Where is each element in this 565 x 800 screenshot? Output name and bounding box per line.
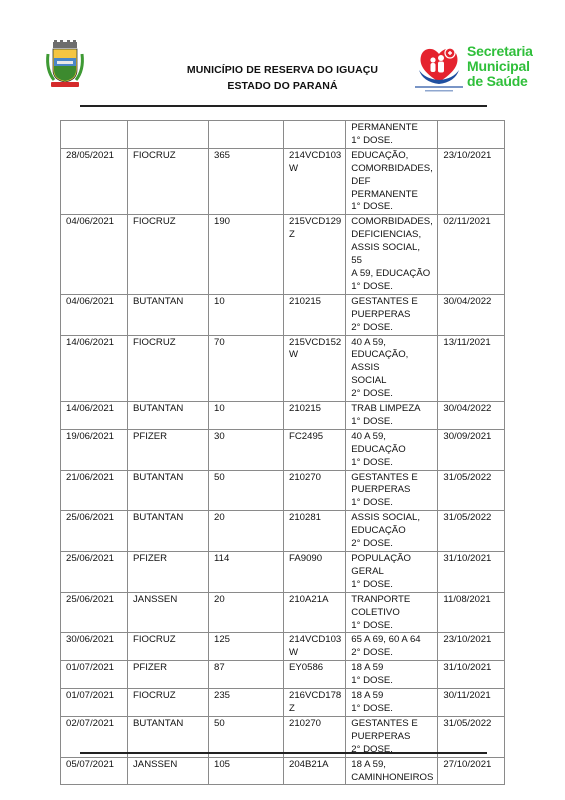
cell-expiry: 02/11/2021 (438, 215, 505, 294)
cell-expiry: 30/04/2022 (438, 402, 505, 430)
cell-expiry: 31/10/2021 (438, 661, 505, 689)
footer-divider (80, 752, 487, 754)
cell-manufacturer: FIOCRUZ (128, 633, 209, 661)
cell-doses: 20 (209, 592, 284, 633)
table-row: 14/06/2021 BUTANTAN 10 210215 TRAB LIMPE… (61, 402, 505, 430)
cell-lot: EY0586 (284, 661, 346, 689)
table-row: 05/07/2021 JANSSEN 105 204B21A 18 A 59, … (61, 757, 505, 785)
cell-date: 25/06/2021 (61, 511, 128, 552)
cell-lot: 210270 (284, 716, 346, 757)
cell-target-group: PERMANENTE 1° DOSE. (346, 121, 438, 149)
cell-target-group: 65 A 69, 60 A 64 2° DOSE. (346, 633, 438, 661)
cell-target-group: 18 A 59 1° DOSE. (346, 689, 438, 717)
cell-expiry: 23/10/2021 (438, 633, 505, 661)
cell-target-group: GESTANTES E PUERPERAS 2° DOSE. (346, 294, 438, 335)
header-divider (80, 105, 487, 107)
table-row: 04/06/2021 BUTANTAN 10 210215 GESTANTES … (61, 294, 505, 335)
cell-doses: 10 (209, 294, 284, 335)
cell-manufacturer: BUTANTAN (128, 470, 209, 511)
cell-expiry: 31/05/2022 (438, 470, 505, 511)
cell-expiry: 13/11/2021 (438, 335, 505, 402)
cell-lot: 210281 (284, 511, 346, 552)
cell-expiry: 31/05/2022 (438, 511, 505, 552)
table-row: 25/06/2021 PFIZER 114 FA9090 POPULAÇÃO G… (61, 552, 505, 593)
cell-expiry: 31/05/2022 (438, 716, 505, 757)
cell-doses: 365 (209, 148, 284, 215)
cell-date: 19/06/2021 (61, 429, 128, 470)
cell-doses: 125 (209, 633, 284, 661)
cell-target-group: TRANPORTE COLETIVO 1° DOSE. (346, 592, 438, 633)
cell-target-group: ASSIS SOCIAL, EDUCAÇÃO 2° DOSE. (346, 511, 438, 552)
cell-lot: 210270 (284, 470, 346, 511)
cell-date: 30/06/2021 (61, 633, 128, 661)
cell-manufacturer: FIOCRUZ (128, 215, 209, 294)
cell-expiry (438, 121, 505, 149)
cell-manufacturer (128, 121, 209, 149)
cell-date: 14/06/2021 (61, 335, 128, 402)
cell-date: 04/06/2021 (61, 215, 128, 294)
cell-target-group: 18 A 59 1° DOSE. (346, 661, 438, 689)
cell-date: 14/06/2021 (61, 402, 128, 430)
cell-expiry: 30/04/2022 (438, 294, 505, 335)
cell-date: 04/06/2021 (61, 294, 128, 335)
table-row: 21/06/2021 BUTANTAN 50 210270 GESTANTES … (61, 470, 505, 511)
cell-manufacturer: FIOCRUZ (128, 689, 209, 717)
table-row: PERMANENTE 1° DOSE. (61, 121, 505, 149)
table-row: 30/06/2021 FIOCRUZ 125 214VCD103 W 65 A … (61, 633, 505, 661)
cell-target-group: POPULAÇÃO GERAL 1° DOSE. (346, 552, 438, 593)
table-row: 25/06/2021 BUTANTAN 20 210281 ASSIS SOCI… (61, 511, 505, 552)
table-row: 14/06/2021 FIOCRUZ 70 215VCD152 W 40 A 5… (61, 335, 505, 402)
cell-manufacturer: PFIZER (128, 429, 209, 470)
cell-manufacturer: PFIZER (128, 552, 209, 593)
cell-manufacturer: BUTANTAN (128, 402, 209, 430)
cell-manufacturer: BUTANTAN (128, 294, 209, 335)
cell-lot: FA9090 (284, 552, 346, 593)
cell-expiry: 31/10/2021 (438, 552, 505, 593)
cell-manufacturer: PFIZER (128, 661, 209, 689)
cell-doses: 50 (209, 716, 284, 757)
header-titles: MUNICÍPIO DE RESERVA DO IGUAÇU ESTADO DO… (150, 62, 415, 94)
cell-lot: 216VCD178 Z (284, 689, 346, 717)
cell-lot: 214VCD103 W (284, 633, 346, 661)
cell-lot: 204B21A (284, 757, 346, 785)
cell-target-group: COMORBIDADES, DEFICIENCIAS, ASSIS SOCIAL… (346, 215, 438, 294)
cell-manufacturer: FIOCRUZ (128, 148, 209, 215)
cell-date: 25/06/2021 (61, 552, 128, 593)
cell-date: 02/07/2021 (61, 716, 128, 757)
cell-date: 05/07/2021 (61, 757, 128, 785)
cell-lot: 214VCD103 W (284, 148, 346, 215)
cell-lot (284, 121, 346, 149)
cell-target-group: GESTANTES E PUERPERAS 1° DOSE. (346, 470, 438, 511)
municipality-name: MUNICÍPIO DE RESERVA DO IGUAÇU (150, 62, 415, 78)
cell-date: 21/06/2021 (61, 470, 128, 511)
cell-expiry: 23/10/2021 (438, 148, 505, 215)
cell-target-group: TRAB LIMPEZA 1° DOSE. (346, 402, 438, 430)
table-row: 02/07/2021 BUTANTAN 50 210270 GESTANTES … (61, 716, 505, 757)
cell-doses: 114 (209, 552, 284, 593)
cell-target-group: 40 A 59, EDUCAÇÃO 1° DOSE. (346, 429, 438, 470)
cell-lot: 210215 (284, 402, 346, 430)
table-body: PERMANENTE 1° DOSE. 28/05/2021 FIOCRUZ 3… (61, 121, 505, 785)
cell-date: 01/07/2021 (61, 661, 128, 689)
cell-expiry: 30/11/2021 (438, 689, 505, 717)
cell-target-group: EDUCAÇÃO, COMORBIDADES, DEF PERMANENTE 1… (346, 148, 438, 215)
table-row: 25/06/2021 JANSSEN 20 210A21A TRANPORTE … (61, 592, 505, 633)
cell-manufacturer: JANSSEN (128, 757, 209, 785)
cell-lot: 215VCD129 Z (284, 215, 346, 294)
cell-lot: 210215 (284, 294, 346, 335)
cell-expiry: 30/09/2021 (438, 429, 505, 470)
cell-doses (209, 121, 284, 149)
table-row: 28/05/2021 FIOCRUZ 365 214VCD103 W EDUCA… (61, 148, 505, 215)
cell-date (61, 121, 128, 149)
cell-doses: 70 (209, 335, 284, 402)
cell-expiry: 27/10/2021 (438, 757, 505, 785)
cell-target-group: GESTANTES E PUERPERAS 2° DOSE. (346, 716, 438, 757)
cell-doses: 10 (209, 402, 284, 430)
cell-lot: FC2495 (284, 429, 346, 470)
cell-doses: 87 (209, 661, 284, 689)
cell-date: 01/07/2021 (61, 689, 128, 717)
table-row: 01/07/2021 FIOCRUZ 235 216VCD178 Z 18 A … (61, 689, 505, 717)
coat-of-arms-icon (42, 40, 88, 90)
page-header: MUNICÍPIO DE RESERVA DO IGUAÇU ESTADO DO… (0, 0, 565, 110)
cell-date: 25/06/2021 (61, 592, 128, 633)
cell-target-group: 18 A 59, CAMINHONEIROS (346, 757, 438, 785)
cell-manufacturer: BUTANTAN (128, 511, 209, 552)
health-secretariat-emblem-icon (413, 42, 465, 94)
vaccine-distribution-table: PERMANENTE 1° DOSE. 28/05/2021 FIOCRUZ 3… (60, 120, 505, 785)
cell-doses: 190 (209, 215, 284, 294)
health-secretariat-name: Secretaria Municipal de Saúde (467, 44, 533, 89)
cell-doses: 20 (209, 511, 284, 552)
table-row: 19/06/2021 PFIZER 30 FC2495 40 A 59, EDU… (61, 429, 505, 470)
cell-doses: 30 (209, 429, 284, 470)
table-row: 01/07/2021 PFIZER 87 EY0586 18 A 59 1° D… (61, 661, 505, 689)
cell-manufacturer: BUTANTAN (128, 716, 209, 757)
cell-expiry: 11/08/2021 (438, 592, 505, 633)
cell-manufacturer: JANSSEN (128, 592, 209, 633)
cell-manufacturer: FIOCRUZ (128, 335, 209, 402)
cell-doses: 50 (209, 470, 284, 511)
table-row: 04/06/2021 FIOCRUZ 190 215VCD129 Z COMOR… (61, 215, 505, 294)
cell-lot: 210A21A (284, 592, 346, 633)
cell-doses: 235 (209, 689, 284, 717)
cell-doses: 105 (209, 757, 284, 785)
health-secretariat-logo: Secretaria Municipal de Saúde (413, 42, 548, 97)
cell-lot: 215VCD152 W (284, 335, 346, 402)
cell-target-group: 40 A 59, EDUCAÇÃO, ASSIS SOCIAL 2° DOSE. (346, 335, 438, 402)
state-name: ESTADO DO PARANÁ (150, 78, 415, 94)
cell-date: 28/05/2021 (61, 148, 128, 215)
